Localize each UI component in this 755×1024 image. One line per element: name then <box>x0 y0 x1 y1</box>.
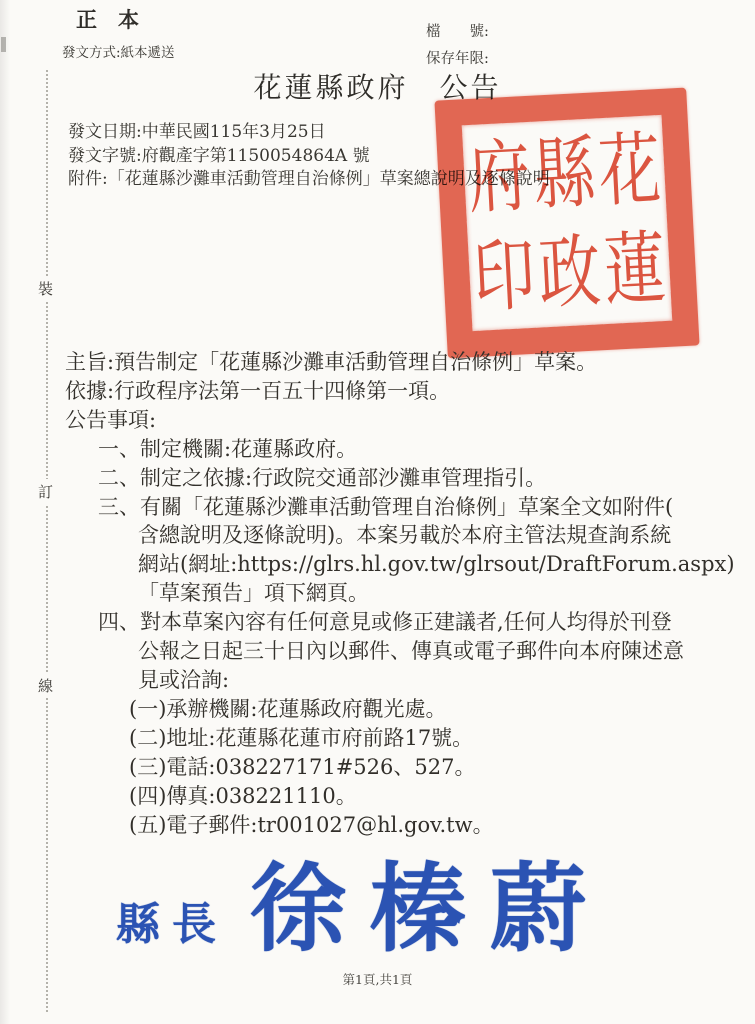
seal-character: 府 <box>466 136 532 218</box>
binding-mark-ding: 訂 <box>38 479 53 504</box>
file-number-label: 檔 號: <box>426 20 489 41</box>
seal-column: 府 印 <box>466 126 538 327</box>
body-line-contact-address: (二)地址:花蓮縣花蓮市府前路17號。 <box>65 724 715 753</box>
body-line-item-4b: 公報之日起三十日內以郵件、傳真或電子郵件向本府陳述意 <box>65 637 715 666</box>
copy-type-label: 正 本 <box>76 4 139 34</box>
body-line-contact-phone: (三)電話:038227171#526、527。 <box>65 753 715 782</box>
body-line-items-head: 公告事項: <box>65 406 715 435</box>
magistrate-signature-stamp: 縣長 徐榛蔚 <box>116 856 610 962</box>
seal-column: 縣 政 <box>531 123 603 324</box>
body-line-item-3c-url: 網站(網址:https://glrs.hl.gov.tw/glrsout/Dra… <box>65 550 715 579</box>
seal-column: 花 蓮 <box>596 119 668 320</box>
body-line-item-4c: 見或洽詢: <box>65 666 715 695</box>
binding-dotted-line <box>46 70 48 1012</box>
announcement-body: 主旨:預告制定「花蓮縣沙灘車活動管理自治條例」草案。 依據:行政程序法第一百五十… <box>65 348 715 839</box>
body-line-item-2: 二、制定之依據:行政院交通部沙灘車管理指引。 <box>65 464 715 493</box>
seal-character: 政 <box>537 231 603 313</box>
body-line-item-4a: 四、對本草案內容有任何意見或修正建議者,任何人均得於刊登 <box>65 608 715 637</box>
delivery-method-label: 發文方式:紙本遞送 <box>62 41 175 61</box>
magistrate-name: 徐榛蔚 <box>250 856 610 962</box>
body-line-contact-agency: (一)承辦機關:花蓮縣政府觀光處。 <box>65 695 715 724</box>
binding-mark-zhuang: 裝 <box>38 276 53 301</box>
government-seal-stamp: 花 蓮 縣 政 府 印 <box>434 88 699 359</box>
retention-period-label: 保存年限: <box>426 47 489 68</box>
body-line-basis: 依據:行政程序法第一百五十四條第一項。 <box>65 377 715 406</box>
seal-character: 印 <box>471 235 537 317</box>
magistrate-title: 縣長 <box>116 888 228 952</box>
body-line-contact-email: (五)電子郵件:tr001027@hl.gov.tw。 <box>65 811 715 840</box>
scan-edge-shadow <box>0 0 10 1024</box>
seal-character-grid: 花 蓮 縣 政 府 印 <box>462 115 673 331</box>
body-line-item-3b: 含總說明及逐條說明)。本案另載於本府主管法規查詢系統 <box>65 521 715 550</box>
body-line-item-3d: 「草案預告」項下網頁。 <box>65 579 715 608</box>
body-line-contact-fax: (四)傳真:038221110。 <box>65 782 715 811</box>
body-line-subject: 主旨:預告制定「花蓮縣沙灘車活動管理自治條例」草案。 <box>65 348 715 377</box>
body-line-item-1: 一、制定機關:花蓮縣政府。 <box>65 435 715 464</box>
body-line-item-3a: 三、有關「花蓮縣沙灘車活動管理自治條例」草案全文如附件( <box>65 493 715 522</box>
seal-character: 花 <box>597 129 663 211</box>
page-indicator: 第1頁,共1頁 <box>0 970 755 988</box>
seal-character: 蓮 <box>602 228 668 310</box>
official-announcement-document: 正 本 發文方式:紙本遞送 檔 號: 保存年限: 花蓮縣政府 公告 發文日期:中… <box>0 0 755 1024</box>
seal-character: 縣 <box>531 132 597 214</box>
scan-artifact <box>1 37 6 52</box>
binding-mark-xian: 線 <box>38 673 53 698</box>
